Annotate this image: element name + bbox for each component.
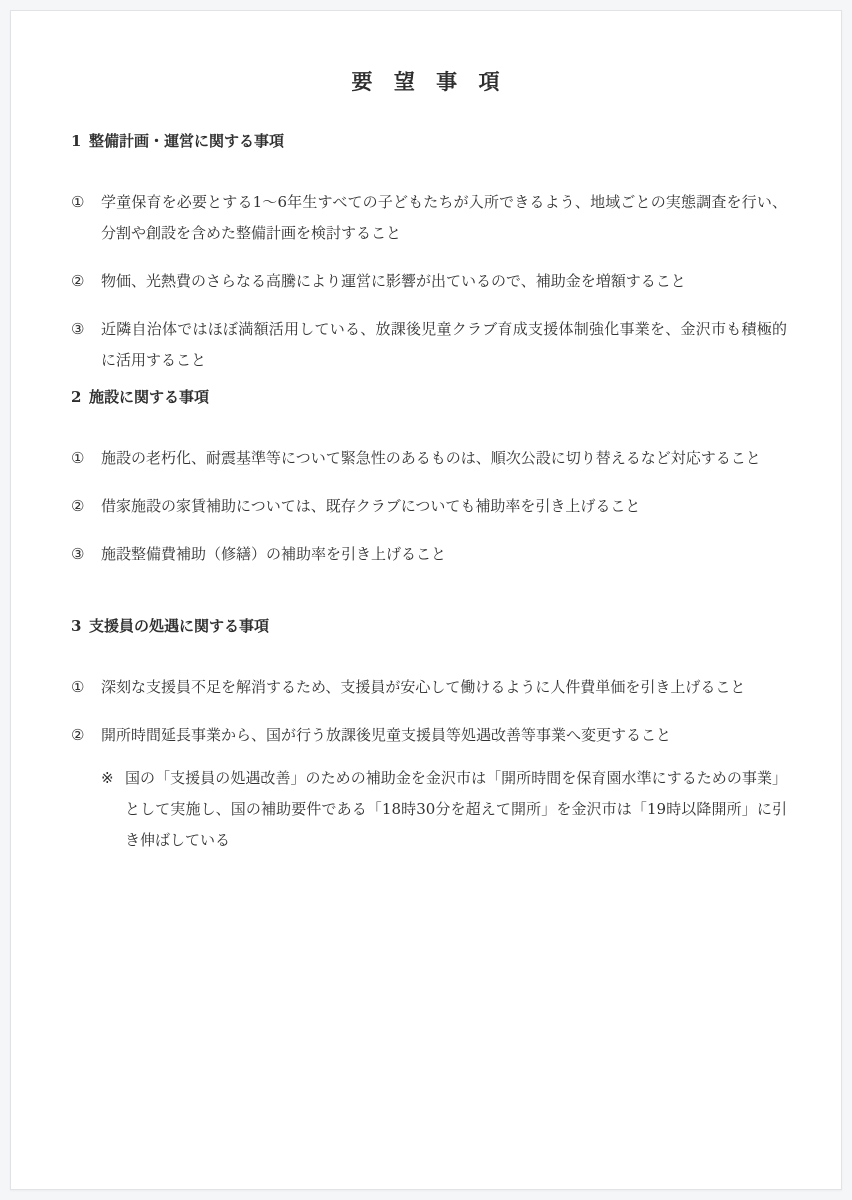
list-item: ② 開所時間延長事業から、国が行う放課後児童支援員等処遇改善等事業へ変更すること <box>71 720 787 751</box>
item-text: 近隣自治体ではほぼ満額活用している、放課後児童クラブ育成支援体制強化事業を、金沢… <box>101 314 787 376</box>
section-facilities: 2 施設に関する事項 ① 施設の老朽化、耐震基準等について緊急性のあるものは、順… <box>71 382 787 570</box>
section-1-number: 1 <box>71 126 89 157</box>
list-item: ① 学童保育を必要とする1～6年生すべての子どもたちが入所できるよう、地域ごとの… <box>71 187 787 249</box>
section-2-heading: 2 施設に関する事項 <box>71 382 787 413</box>
circled-2-marker: ② <box>71 266 101 297</box>
section-staff-treatment: 3 支援員の処遇に関する事項 ① 深刻な支援員不足を解消するため、支援員が安心し… <box>71 611 787 856</box>
list-item: ② 物価、光熱費のさらなる高騰により運営に影響が出ているので、補助金を増額するこ… <box>71 266 787 297</box>
footnote-text: 国の「支援員の処遇改善」のための補助金を金沢市は「開所時間を保育園水準にするため… <box>125 763 787 856</box>
list-item: ① 施設の老朽化、耐震基準等について緊急性のあるものは、順次公設に切り替えるなど… <box>71 443 787 474</box>
item-text: 学童保育を必要とする1～6年生すべての子どもたちが入所できるよう、地域ごとの実態… <box>101 187 787 249</box>
section-maintenance-plan: 1 整備計画・運営に関する事項 ① 学童保育を必要とする1～6年生すべての子ども… <box>71 126 787 376</box>
section-1-heading: 1 整備計画・運営に関する事項 <box>71 126 787 157</box>
item-text: 施設の老朽化、耐震基準等について緊急性のあるものは、順次公設に切り替えるなど対応… <box>101 443 787 474</box>
circled-1-marker: ① <box>71 443 101 474</box>
list-item: ② 借家施設の家賃補助については、既存クラブについても補助率を引き上げること <box>71 491 787 522</box>
item-text: 施設整備費補助（修繕）の補助率を引き上げること <box>101 539 787 570</box>
footnote: ※ 国の「支援員の処遇改善」のための補助金を金沢市は「開所時間を保育園水準にする… <box>101 763 787 856</box>
circled-2-marker: ② <box>71 720 101 751</box>
section-3-number: 3 <box>71 611 89 642</box>
circled-3-marker: ③ <box>71 314 101 376</box>
section-3-title: 支援員の処遇に関する事項 <box>89 611 269 642</box>
circled-3-marker: ③ <box>71 539 101 570</box>
list-item: ③ 施設整備費補助（修繕）の補助率を引き上げること <box>71 539 787 570</box>
reference-mark: ※ <box>101 763 125 856</box>
circled-1-marker: ① <box>71 672 101 703</box>
item-text: 深刻な支援員不足を解消するため、支援員が安心して働けるように人件費単価を引き上げ… <box>101 672 787 703</box>
section-2-number: 2 <box>71 382 89 413</box>
section-3-heading: 3 支援員の処遇に関する事項 <box>71 611 787 642</box>
item-text: 借家施設の家賃補助については、既存クラブについても補助率を引き上げること <box>101 491 787 522</box>
circled-2-marker: ② <box>71 491 101 522</box>
list-item: ③ 近隣自治体ではほぼ満額活用している、放課後児童クラブ育成支援体制強化事業を、… <box>71 314 787 376</box>
circled-1-marker: ① <box>71 187 101 249</box>
item-text: 開所時間延長事業から、国が行う放課後児童支援員等処遇改善等事業へ変更すること <box>101 720 787 751</box>
item-text: 物価、光熱費のさらなる高騰により運営に影響が出ているので、補助金を増額すること <box>101 266 787 297</box>
section-1-title: 整備計画・運営に関する事項 <box>89 126 284 157</box>
list-item: ① 深刻な支援員不足を解消するため、支援員が安心して働けるように人件費単価を引き… <box>71 672 787 703</box>
document-title: 要 望 事 項 <box>71 66 787 97</box>
document-page: 要 望 事 項 1 整備計画・運営に関する事項 ① 学童保育を必要とする1～6年… <box>10 10 842 1190</box>
section-2-title: 施設に関する事項 <box>89 382 209 413</box>
